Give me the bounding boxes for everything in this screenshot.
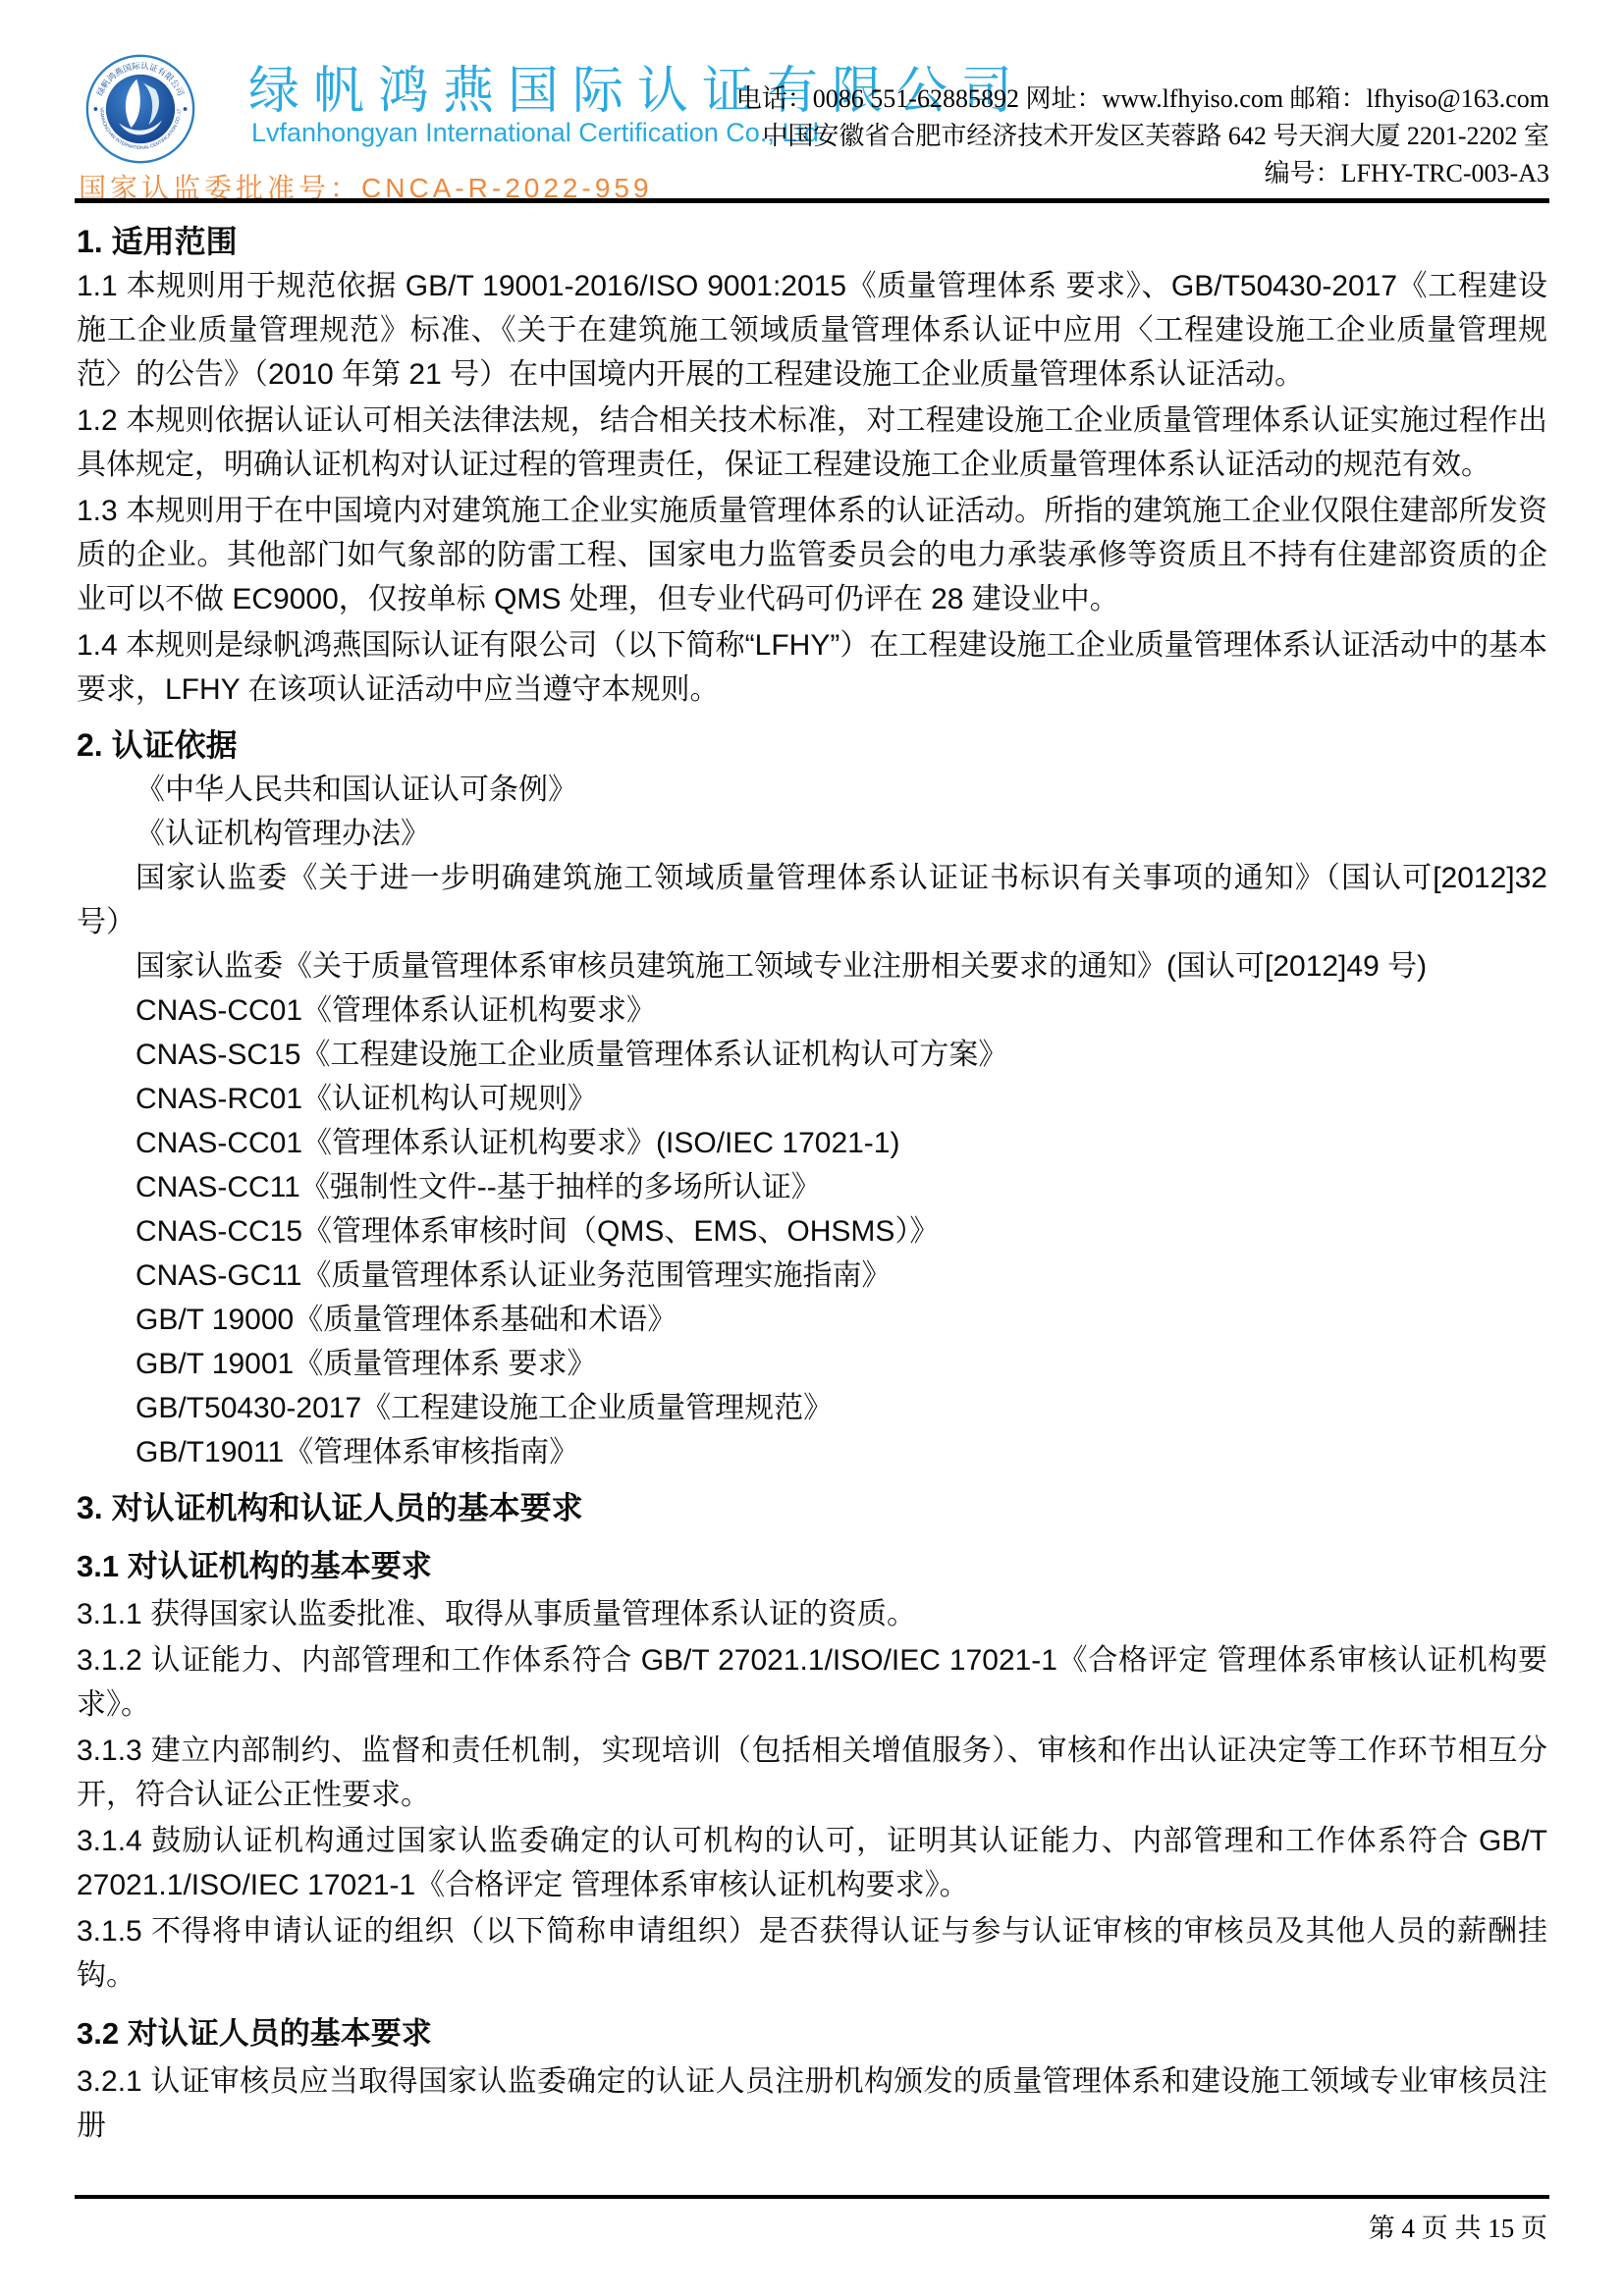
section-heading: 1. 适用范围 <box>77 220 1547 264</box>
reference-item: GB/T50430-2017《工程建设施工企业质量管理规范》 <box>77 1386 1547 1430</box>
header-divider <box>75 198 1549 203</box>
reference-item: CNAS-GC11《质量管理体系认证业务范围管理实施指南》 <box>77 1254 1547 1298</box>
paragraph: 1.2 本规则依据认证认可相关法律法规，结合相关技术标准，对工程建设施工企业质量… <box>77 399 1547 487</box>
reference-item: 国家认监委《关于进一步明确建筑施工领域质量管理体系认证证书标识有关事项的通知》（… <box>77 856 1547 944</box>
reference-item: CNAS-SC15《工程建设施工企业质量管理体系认证机构认可方案》 <box>77 1033 1547 1077</box>
reference-item: CNAS-CC01《管理体系认证机构要求》(ISO/IEC 17021-1) <box>77 1121 1547 1165</box>
reference-item: 《认证机构管理办法》 <box>77 812 1547 856</box>
document-page: 绿帆鸿燕国际认证有限公司 LVFANHONGYAN INTERNATIONAL … <box>0 0 1624 2296</box>
paragraph: 3.1.1 获得国家认监委批准、取得从事质量管理体系认证的资质。 <box>77 1592 1547 1636</box>
reference-item: 国家认监委《关于质量管理体系审核员建筑施工领域专业注册相关要求的通知》(国认可[… <box>77 944 1547 988</box>
paragraph: 1.4 本规则是绿帆鸿燕国际认证有限公司（以下简称“LFHY”）在工程建设施工企… <box>77 623 1547 712</box>
document-number: 编号：LFHY-TRC-003-A3 <box>736 155 1549 192</box>
document-body: 1. 适用范围1.1 本规则用于规范依据 GB/T 19001-2016/ISO… <box>77 220 1547 2150</box>
paragraph: 3.1.2 认证能力、内部管理和工作体系符合 GB/T 27021.1/ISO/… <box>77 1638 1547 1727</box>
paragraph: 3.1.4 鼓励认证机构通过国家认监委确定的认可机构的认可，证明其认证能力、内部… <box>77 1819 1547 1907</box>
reference-item: GB/T19011《管理体系审核指南》 <box>77 1430 1547 1474</box>
paragraph: 3.2.1 认证审核员应当取得国家认监委确定的认证人员注册机构颁发的质量管理体系… <box>77 2059 1547 2148</box>
paragraph: 1.3 本规则用于在中国境内对建筑施工企业实施质量管理体系的认证活动。所指的建筑… <box>77 489 1547 621</box>
paragraph: 1.1 本规则用于规范依据 GB/T 19001-2016/ISO 9001:2… <box>77 264 1547 397</box>
paragraph: 3.1.3 建立内部制约、监督和责任机制，实现培训（包括相关增值服务）、审核和作… <box>77 1729 1547 1817</box>
contact-address: 中国安徽省合肥市经济技术开发区芙蓉路 642 号天润大厦 2201-2202 室 <box>736 118 1549 155</box>
section-heading: 2. 认证依据 <box>77 723 1547 768</box>
reference-item: 《中华人民共和国认证认可条例》 <box>77 768 1547 812</box>
company-logo-seal: 绿帆鸿燕国际认证有限公司 LVFANHONGYAN INTERNATIONAL … <box>84 53 196 165</box>
reference-item: GB/T 19001《质量管理体系 要求》 <box>77 1342 1547 1386</box>
page-number: 第 4 页 共 15 页 <box>1369 2207 1547 2245</box>
subsection-heading: 3.2 对认证人员的基本要求 <box>77 2011 1547 2056</box>
contact-phone-site-email: 电话：0086 551-62885892 网址：www.lfhyiso.com … <box>736 80 1549 118</box>
footer-divider <box>75 2195 1549 2199</box>
section-heading: 3. 对认证机构和认证人员的基本要求 <box>77 1486 1547 1530</box>
reference-item: GB/T 19000《质量管理体系基础和术语》 <box>77 1298 1547 1342</box>
reference-item: CNAS-CC11《强制性文件--基于抽样的多场所认证》 <box>77 1165 1547 1209</box>
reference-item: CNAS-CC15《管理体系审核时间（QMS、EMS、OHSMS）》 <box>77 1209 1547 1254</box>
company-logo: 绿帆鸿燕国际认证有限公司 LVFANHONGYAN INTERNATIONAL … <box>84 53 196 165</box>
paragraph: 3.1.5 不得将申请认证的组织（以下简称申请组织）是否获得认证与参与认证审核的… <box>77 1909 1547 1998</box>
subsection-heading: 3.1 对认证机构的基本要求 <box>77 1544 1547 1588</box>
reference-item: CNAS-CC01《管理体系认证机构要求》 <box>77 988 1547 1033</box>
header-contact-block: 电话：0086 551-62885892 网址：www.lfhyiso.com … <box>736 80 1549 192</box>
reference-item: CNAS-RC01《认证机构认可规则》 <box>77 1077 1547 1121</box>
